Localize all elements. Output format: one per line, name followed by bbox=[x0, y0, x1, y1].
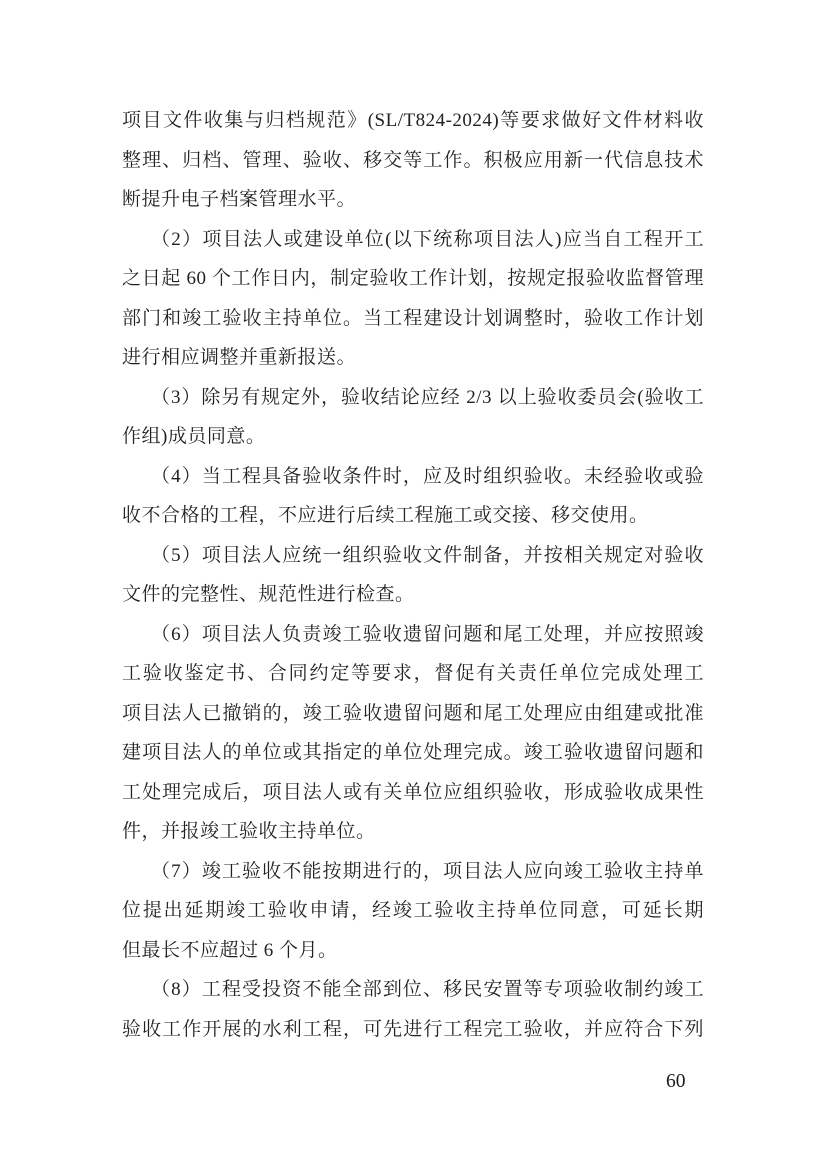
text-line: 工验收鉴定书、合同约定等要求，督促有关责任单位完成处理工作。 bbox=[122, 654, 704, 694]
paragraph-clause-8: （8）工程受投资不能全部到位、移民安置等专项验收制约竣工 验收工作开展的水利工程… bbox=[122, 970, 704, 1049]
page-number: 60 bbox=[666, 1069, 686, 1095]
paragraph-clause-6: （6）项目法人负责竣工验收遗留问题和尾工处理，并应按照竣 工验收鉴定书、合同约定… bbox=[122, 615, 704, 852]
text-line: 断提升电子档案管理水平。 bbox=[122, 180, 704, 220]
text-line: 作组)成员同意。 bbox=[122, 417, 704, 457]
page-content: 项目文件收集与归档规范》(SL/T824-2024)等要求做好文件材料收集、 整… bbox=[122, 101, 704, 1049]
text-line: （8）工程受投资不能全部到位、移民安置等专项验收制约竣工 bbox=[122, 970, 704, 1010]
text-line: （5）项目法人应统一组织验收文件制备，并按相关规定对验收 bbox=[122, 536, 704, 576]
text-line: 工处理完成后，项目法人或有关单位应组织验收，形成验收成果性文 bbox=[122, 773, 704, 813]
text-line: （6）项目法人负责竣工验收遗留问题和尾工处理，并应按照竣 bbox=[122, 615, 704, 655]
paragraph-clause-4: （4）当工程具备验收条件时，应及时组织验收。未经验收或验 收不合格的工程，不应进… bbox=[122, 457, 704, 536]
text-line: （7）竣工验收不能按期进行的，项目法人应向竣工验收主持单 bbox=[122, 852, 704, 892]
text-line: 项目法人已撤销的，竣工验收遗留问题和尾工处理应由组建或批准组 bbox=[122, 694, 704, 734]
document-page: 项目文件收集与归档规范》(SL/T824-2024)等要求做好文件材料收集、 整… bbox=[0, 0, 826, 1169]
paragraph-continuation: 项目文件收集与归档规范》(SL/T824-2024)等要求做好文件材料收集、 整… bbox=[122, 101, 704, 220]
text-line: 整理、归档、管理、验收、移交等工作。积极应用新一代信息技术不 bbox=[122, 141, 704, 181]
text-line: （2）项目法人或建设单位(以下统称项目法人)应当自工程开工 bbox=[122, 220, 704, 260]
text-line: 文件的完整性、规范性进行检查。 bbox=[122, 575, 704, 615]
text-line: 项目文件收集与归档规范》(SL/T824-2024)等要求做好文件材料收集、 bbox=[122, 101, 704, 141]
text-line: 建项目法人的单位或其指定的单位处理完成。竣工验收遗留问题和尾 bbox=[122, 733, 704, 773]
text-line: （4）当工程具备验收条件时，应及时组织验收。未经验收或验 bbox=[122, 457, 704, 497]
text-line: 进行相应调整并重新报送。 bbox=[122, 338, 704, 378]
text-line: 之日起 60 个工作日内，制定验收工作计划，按规定报验收监督管理 bbox=[122, 259, 704, 299]
paragraph-clause-2: （2）项目法人或建设单位(以下统称项目法人)应当自工程开工 之日起 60 个工作… bbox=[122, 220, 704, 378]
text-line: 件，并报竣工验收主持单位。 bbox=[122, 812, 704, 852]
paragraph-clause-5: （5）项目法人应统一组织验收文件制备，并按相关规定对验收 文件的完整性、规范性进… bbox=[122, 536, 704, 615]
text-line: 部门和竣工验收主持单位。当工程建设计划调整时，验收工作计划应 bbox=[122, 299, 704, 339]
text-line: 但最长不应超过 6 个月。 bbox=[122, 931, 704, 971]
paragraph-clause-7: （7）竣工验收不能按期进行的，项目法人应向竣工验收主持单 位提出延期竣工验收申请… bbox=[122, 852, 704, 971]
text-line: 位提出延期竣工验收申请，经竣工验收主持单位同意，可延长期限， bbox=[122, 891, 704, 931]
text-line: 收不合格的工程，不应进行后续工程施工或交接、移交使用。 bbox=[122, 496, 704, 536]
text-line: （3）除另有规定外，验收结论应经 2/3 以上验收委员会(验收工 bbox=[122, 378, 704, 418]
paragraph-clause-3: （3）除另有规定外，验收结论应经 2/3 以上验收委员会(验收工 作组)成员同意… bbox=[122, 378, 704, 457]
text-line: 验收工作开展的水利工程，可先进行工程完工验收，并应符合下列规 bbox=[122, 1010, 704, 1050]
